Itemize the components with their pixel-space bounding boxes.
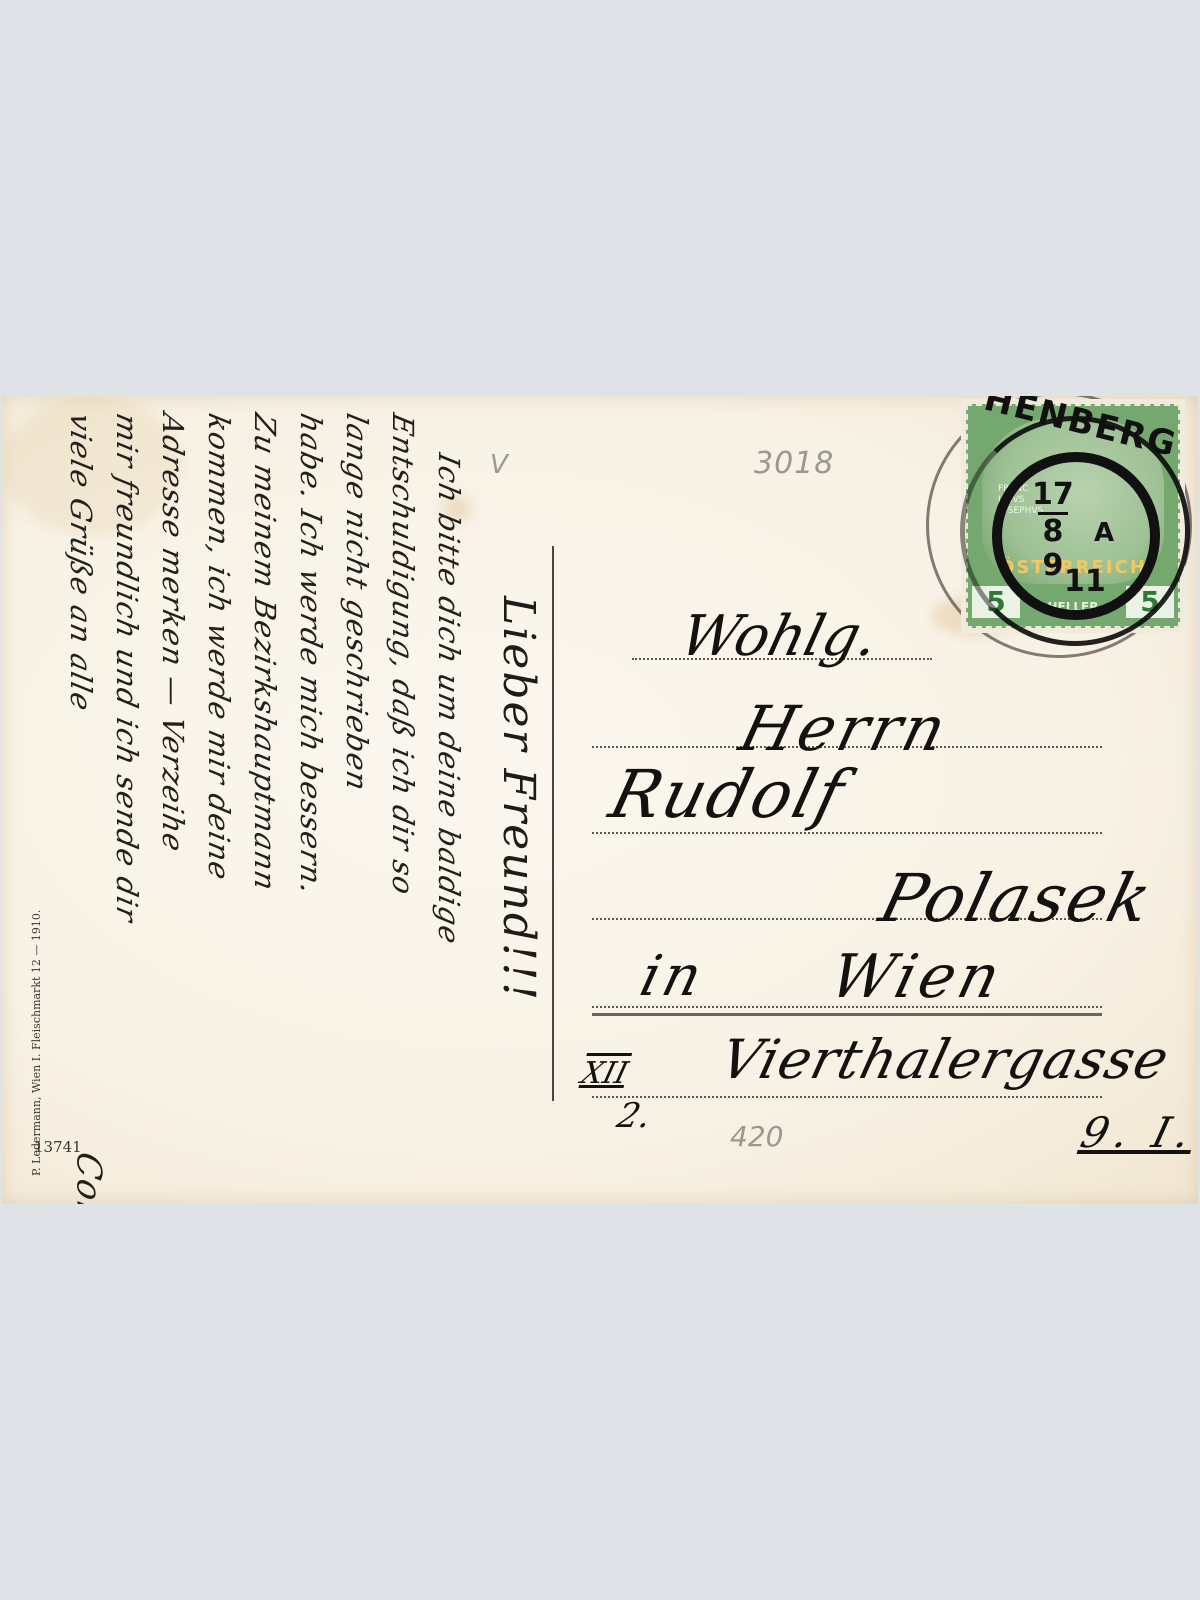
divider-line — [552, 546, 554, 1101]
catalog-number: 13741 — [34, 1138, 82, 1156]
message-line: Entschuldigung, daß ich dir so — [380, 409, 426, 1199]
address-rule — [592, 1096, 1102, 1098]
pencil-price: 420 — [730, 1120, 783, 1153]
address-preposition: in — [634, 944, 712, 1009]
postmark-month: 8 — [1032, 515, 1074, 549]
recipient-house-number: 9. I. — [1076, 1108, 1198, 1157]
pencil-mark: V — [490, 450, 508, 480]
district-subnumber: 2. — [613, 1096, 655, 1136]
message-line: lange nicht geschrieben — [334, 409, 380, 1199]
greeting: Lieber Freund!!! — [488, 596, 548, 1116]
recipient-last-name: Polasek — [872, 860, 1160, 937]
postmark-year: 11 — [1064, 564, 1106, 599]
pencil-reference: 3018 — [754, 446, 834, 481]
recipient-street: Vierthalergasse — [714, 1028, 1176, 1091]
postcard: Ich bitte dich um deine baldige Entschul… — [2, 396, 1198, 1204]
message-line: kommen, ich werde mir deine — [196, 409, 242, 1199]
message-line: Ich bitte dich um deine baldige — [426, 409, 472, 1199]
address-salutation: Herrn — [733, 692, 956, 765]
recipient-first-name: Rudolf — [602, 756, 853, 833]
address-title: Wohlg. — [674, 604, 885, 669]
district-number: XII — [578, 1056, 632, 1091]
recipient-city: Wien — [823, 942, 1010, 1012]
message-line: habe. Ich werde mich bessern. — [288, 409, 334, 1199]
address-rule — [592, 1013, 1102, 1016]
postmark-day: 17 — [1032, 478, 1074, 512]
postmark-ampm: A — [1094, 518, 1114, 548]
publisher-imprint: P. Ledermann, Wien I. Fleischmarkt 12 — … — [30, 556, 50, 1176]
message-line: Adresse merken — Verzeihe — [150, 409, 196, 1199]
message-line: Zu meinem Bezirkshauptmann — [242, 409, 288, 1199]
